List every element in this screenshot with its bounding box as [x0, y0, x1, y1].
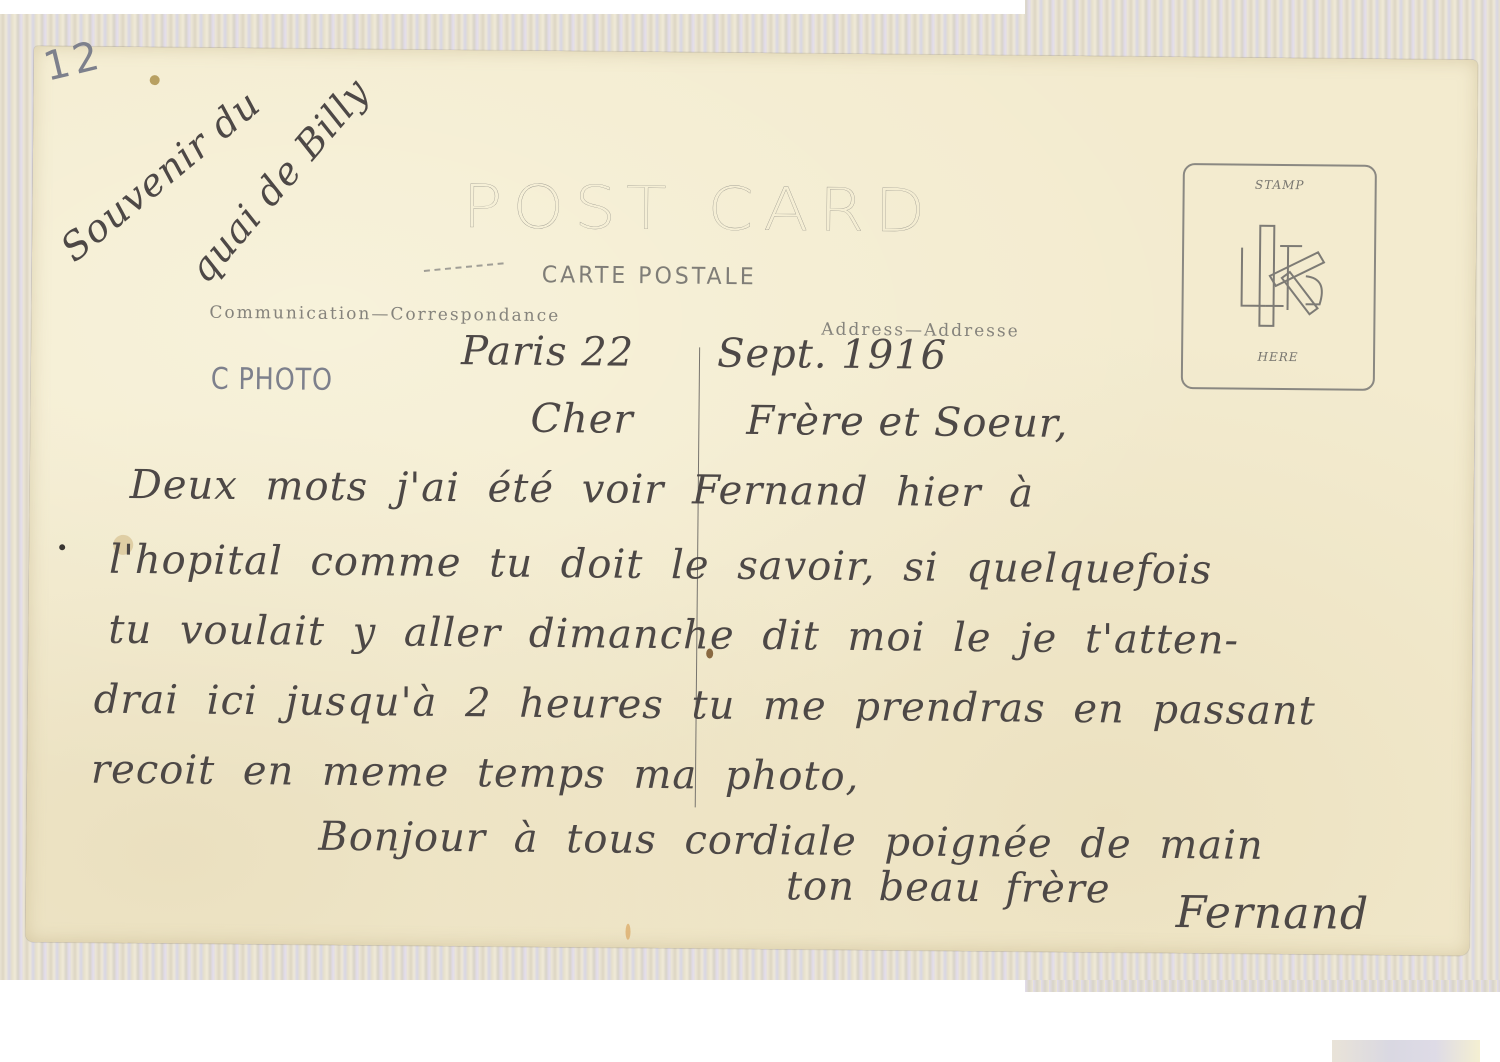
- letter-line: drai ici jusqu'à 2 heures tu me prendras…: [94, 677, 1316, 735]
- letter-salutation: Frère et Soeur,: [746, 398, 1068, 447]
- stain-spot: [150, 75, 160, 85]
- postcard-subtitle: CARTE POSTALE: [542, 262, 757, 290]
- pencil-photo-note: C PHOTO: [211, 362, 333, 398]
- scan-margin-top: [0, 0, 1025, 14]
- letter-salutation-start: Cher: [530, 396, 634, 443]
- postcard-title: POST CARD: [462, 172, 936, 246]
- letter-date: Sept. 1916: [717, 331, 947, 379]
- ink-dot: [59, 544, 65, 550]
- letter-line: Deux mots j'ai été voir Fernand hier à: [130, 462, 1035, 517]
- publisher-monogram-icon: [1233, 218, 1329, 329]
- letter-closing: Bonjour à tous cordiale poignée de main: [318, 814, 1264, 869]
- dash-mark: [424, 262, 504, 275]
- scan-edge-strip: [1025, 980, 1500, 992]
- letter-line: l'hopital comme tu doit le savoir, si qu…: [109, 537, 1213, 594]
- scan-canvas: POST CARD CARTE POSTALE Communication—Co…: [0, 0, 1500, 1062]
- letter-date-place: Paris 22: [461, 328, 634, 376]
- letter-signature: Fernand: [1175, 887, 1369, 940]
- scan-margin-bottom: [0, 980, 1500, 1062]
- communication-label: Communication—Correspondance: [209, 303, 560, 326]
- letter-line: tu voulait y aller dimanche dit moi le j…: [108, 607, 1239, 664]
- stain-spot: [625, 924, 630, 940]
- letter-line: recoit en meme temps ma photo,: [91, 747, 860, 800]
- postcard-back: POST CARD CARTE POSTALE Communication—Co…: [25, 46, 1478, 956]
- letter-signoff: ton beau frère: [786, 863, 1111, 912]
- stamp-label-bottom: HERE: [1183, 349, 1373, 365]
- scan-corner-artifact: [1332, 1040, 1480, 1062]
- stamp-box: STAMP HERE: [1181, 163, 1377, 391]
- caption-quai: quai de Billy: [180, 70, 378, 291]
- stamp-label-top: STAMP: [1185, 177, 1375, 193]
